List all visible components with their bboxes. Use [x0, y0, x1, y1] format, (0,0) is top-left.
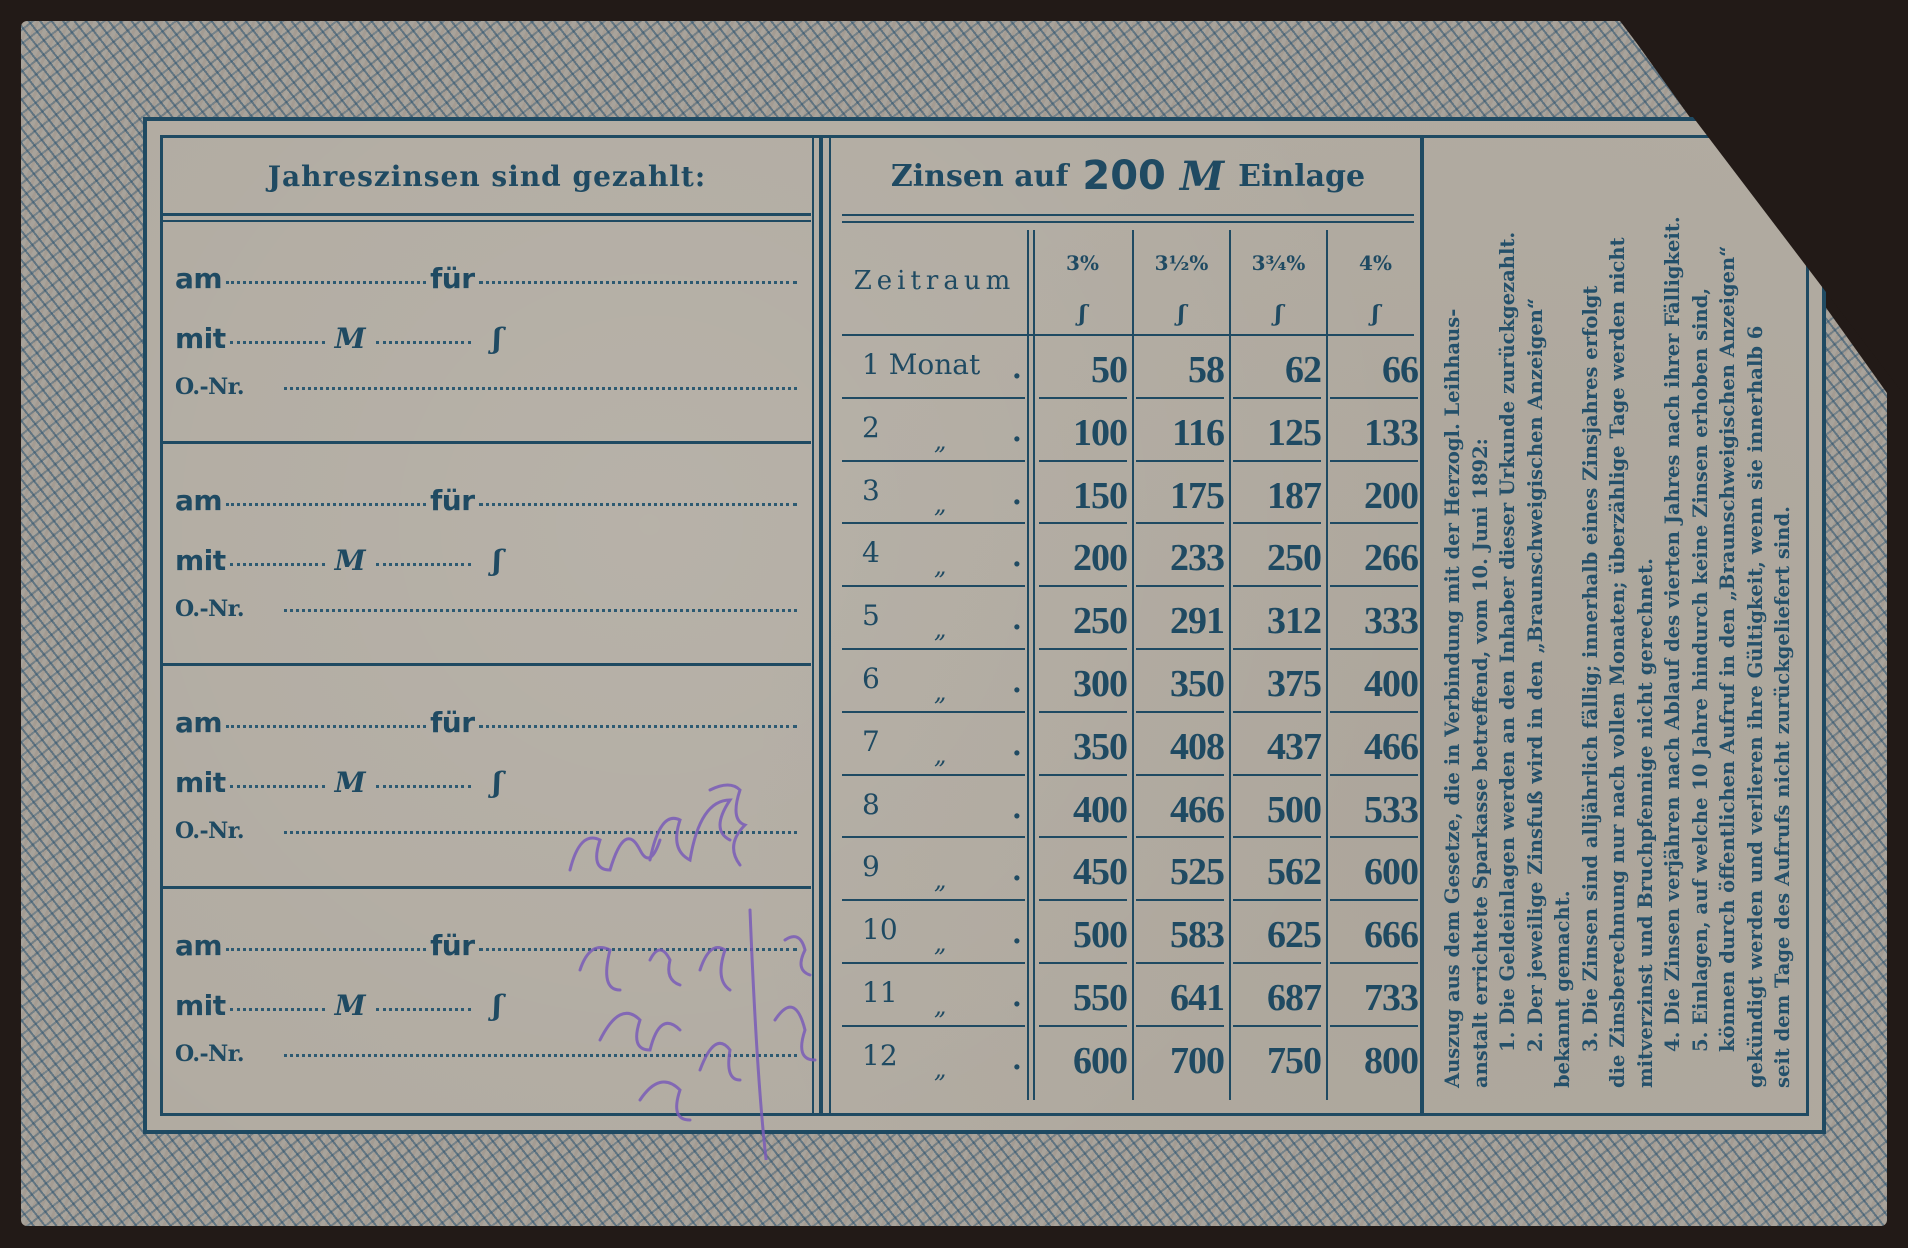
interest-value: 350: [1132, 662, 1224, 706]
period-label: 11: [862, 976, 898, 1009]
period-label: 8: [862, 788, 880, 821]
ditto-mark: „: [934, 615, 946, 643]
interest-value: 466: [1132, 788, 1224, 832]
period-label: 2: [862, 411, 880, 444]
period-field[interactable]: [479, 281, 797, 284]
interest-value: 50: [1035, 348, 1127, 392]
mit-label: mit: [175, 322, 226, 355]
fuer-label: für: [430, 929, 474, 962]
leader-dot: .: [1012, 980, 1022, 1013]
interest-value: 200: [1035, 536, 1127, 580]
table-row: 2„.100116125133: [842, 399, 1414, 461]
table-row: 6„.300350375400: [842, 650, 1414, 712]
payment-entry-4: am für mit M ʃ O.-Nr.: [163, 889, 811, 1111]
fuer-label: für: [430, 706, 474, 739]
table-row: 12„.600700750800: [842, 1027, 1414, 1089]
note-line: gekündigt werden und verlieren ihre Gült…: [1742, 158, 1770, 1088]
leader-dot: .: [1012, 729, 1022, 762]
table-row: 3„.150175187200: [842, 462, 1414, 524]
onr-label: O.-Nr.: [175, 818, 244, 844]
panel-separator: [819, 135, 823, 1116]
leader-dot: .: [1012, 792, 1022, 825]
mit-label: mit: [175, 766, 226, 799]
am-label: am: [175, 929, 222, 962]
note-line: mitverzinst und Bruchpfennige nicht gere…: [1632, 158, 1660, 1088]
table-row: 9„.450525562600: [842, 838, 1414, 900]
ditto-mark: „: [934, 1055, 946, 1083]
pfennig-symbol: ʃ: [493, 544, 502, 577]
interest-value: 300: [1035, 662, 1127, 706]
date-field[interactable]: [226, 725, 426, 728]
leader-dot: .: [1012, 603, 1022, 636]
table-row: 11„.550641687733: [842, 964, 1414, 1026]
period-label: 1 Monat: [862, 348, 980, 381]
onr-label: O.-Nr.: [175, 374, 244, 400]
pfennig-unit: ʃ: [1231, 301, 1326, 327]
am-label: am: [175, 262, 222, 295]
mark-amount-field[interactable]: [230, 563, 325, 566]
date-field[interactable]: [226, 503, 426, 506]
interest-value: 233: [1132, 536, 1224, 580]
interest-value: 641: [1132, 976, 1224, 1020]
ditto-mark: „: [934, 427, 946, 455]
interest-value: 550: [1035, 976, 1127, 1020]
interest-value: 800: [1326, 1039, 1418, 1083]
period-label: 10: [862, 913, 898, 946]
mark-amount-field[interactable]: [230, 1008, 325, 1011]
interest-value: 100: [1035, 411, 1127, 455]
interest-value: 400: [1035, 788, 1127, 832]
table-row: 8.400466500533: [842, 776, 1414, 838]
interest-value: 375: [1229, 662, 1321, 706]
period-field[interactable]: [479, 725, 797, 728]
date-field[interactable]: [226, 948, 426, 951]
pfennig-amount-field[interactable]: [376, 785, 471, 788]
period-label: 9: [862, 850, 880, 883]
title-prefix: Zinsen auf: [891, 159, 1069, 194]
pfennig-symbol: ʃ: [493, 766, 502, 799]
interest-value: 750: [1229, 1039, 1321, 1083]
rate-header-3-75: 3¾% ʃ: [1231, 229, 1326, 333]
interest-value: 250: [1229, 536, 1321, 580]
ditto-mark: „: [934, 552, 946, 580]
ditto-mark: „: [934, 678, 946, 706]
interest-value: 500: [1229, 788, 1321, 832]
mark-symbol: M: [335, 989, 366, 1022]
ditto-mark: „: [934, 929, 946, 957]
leader-dot: .: [1012, 1043, 1022, 1076]
interest-value: 466: [1326, 725, 1418, 769]
interest-value: 116: [1132, 411, 1224, 455]
interest-value: 562: [1229, 850, 1321, 894]
mit-label: mit: [175, 989, 226, 1022]
period-label: 7: [862, 725, 880, 758]
period-label: 3: [862, 474, 880, 507]
pfennig-unit: ʃ: [1134, 301, 1229, 327]
interest-value: 400: [1326, 662, 1418, 706]
pfennig-amount-field[interactable]: [376, 1008, 471, 1011]
onr-label: O.-Nr.: [175, 1041, 244, 1067]
interest-value: 700: [1132, 1039, 1224, 1083]
mark-symbol: M: [335, 766, 366, 799]
period-column-header: Zeitraum: [842, 229, 1027, 333]
interest-value: 150: [1035, 474, 1127, 518]
interest-value: 733: [1326, 976, 1418, 1020]
rate-header-4: 4% ʃ: [1328, 229, 1423, 333]
interest-value: 187: [1229, 474, 1321, 518]
interest-value: 66: [1326, 348, 1418, 392]
interest-value: 58: [1132, 348, 1224, 392]
payment-entry-2: am für mit M ʃ O.-Nr.: [163, 444, 811, 666]
interest-value: 175: [1132, 474, 1224, 518]
note-line: 4. Die Zinsen verjähren nach Ablauf des …: [1659, 158, 1687, 1088]
leader-dot: .: [1012, 352, 1022, 385]
interest-value: 533: [1326, 788, 1418, 832]
note-line: Auszug aus dem Gesetze, die in Verbindun…: [1439, 158, 1467, 1088]
am-label: am: [175, 706, 222, 739]
period-label: 5: [862, 599, 880, 632]
interest-value: 133: [1326, 411, 1418, 455]
rate-label: 4%: [1328, 251, 1423, 275]
rate-header-3: 3% ʃ: [1035, 229, 1130, 333]
payment-record-panel: Jahreszinsen sind gezahlt: am für mit M …: [163, 138, 811, 1113]
table-row: 10„.500583625666: [842, 901, 1414, 963]
interest-value: 200: [1326, 474, 1418, 518]
onr-field[interactable]: [284, 831, 797, 834]
fuer-label: für: [430, 484, 474, 517]
mark-symbol: M: [335, 322, 366, 355]
period-label: 12: [862, 1039, 898, 1072]
note-line: bekannt gemacht.: [1549, 158, 1577, 1088]
ditto-mark: „: [934, 992, 946, 1020]
rate-label: 3½%: [1134, 251, 1229, 275]
mark-amount-field[interactable]: [230, 341, 325, 344]
period-label: 6: [862, 662, 880, 695]
table-row: 4„.200233250266: [842, 524, 1414, 586]
am-label: am: [175, 484, 222, 517]
currency-mark-symbol: M: [1180, 153, 1224, 200]
interest-value: 125: [1229, 411, 1321, 455]
interest-value: 666: [1326, 913, 1418, 957]
rate-label: 3%: [1035, 251, 1130, 275]
mark-amount-field[interactable]: [230, 785, 325, 788]
divider: [842, 214, 1414, 216]
interest-value: 437: [1229, 725, 1321, 769]
ditto-mark: „: [934, 490, 946, 518]
note-line: 2. Der jeweilige Zinsfuß wird in den „Br…: [1522, 158, 1550, 1088]
table-row: 1 Monat.50586266: [842, 336, 1414, 398]
interest-value: 500: [1035, 913, 1127, 957]
note-line: 3. Die Zinsen sind alljährlich fällig; i…: [1577, 158, 1605, 1088]
payment-entry-3: am für mit M ʃ O.-Nr.: [163, 666, 811, 888]
onr-field[interactable]: [284, 609, 797, 612]
pfennig-amount-field[interactable]: [376, 563, 471, 566]
interest-value: 266: [1326, 536, 1418, 580]
period-field[interactable]: [479, 503, 797, 506]
notes-separator: [1420, 138, 1424, 1113]
rate-header-3-5: 3½% ʃ: [1134, 229, 1229, 333]
interest-value: 600: [1035, 1039, 1127, 1083]
interest-value: 625: [1229, 913, 1321, 957]
ditto-mark: „: [934, 866, 946, 894]
interest-table-title: Zinsen auf 200 M Einlage: [842, 138, 1414, 214]
interest-value: 600: [1326, 850, 1418, 894]
note-line: die Zinsberechnung nur nach vollen Monat…: [1604, 158, 1632, 1088]
divider: [163, 213, 811, 216]
pfennig-unit: ʃ: [1328, 301, 1423, 327]
payment-record-title: Jahreszinsen sind gezahlt:: [163, 138, 811, 215]
fuer-label: für: [430, 262, 474, 295]
interest-table: Zinsen auf 200 M Einlage Zeitraum 3% ʃ 3…: [842, 138, 1414, 1113]
mark-symbol: M: [335, 544, 366, 577]
date-field[interactable]: [226, 281, 426, 284]
leader-dot: .: [1012, 415, 1022, 448]
onr-field[interactable]: [284, 387, 797, 390]
period-label: 4: [862, 536, 880, 569]
leader-dot: .: [1012, 854, 1022, 887]
interest-value: 408: [1132, 725, 1224, 769]
note-line: 1. Die Geldeinlagen werden an den Inhabe…: [1494, 158, 1522, 1088]
interest-value: 333: [1326, 599, 1418, 643]
onr-field[interactable]: [284, 1054, 797, 1057]
interest-value: 583: [1132, 913, 1224, 957]
legal-notes-panel: Auszug aus dem Gesetze, die in Verbindun…: [1425, 140, 1805, 1110]
table-row: 5„.250291312333: [842, 587, 1414, 649]
interest-value: 62: [1229, 348, 1321, 392]
table-row: 7„.350408437466: [842, 713, 1414, 775]
interest-value: 350: [1035, 725, 1127, 769]
note-line: 5. Einlagen, auf welche 10 Jahre hindurc…: [1687, 158, 1715, 1088]
leader-dot: .: [1012, 478, 1022, 511]
pfennig-unit: ʃ: [1035, 301, 1130, 327]
interest-value: 250: [1035, 599, 1127, 643]
pfennig-symbol: ʃ: [493, 322, 502, 355]
deposit-amount: 200: [1082, 153, 1166, 199]
leader-dot: .: [1012, 540, 1022, 573]
pfennig-symbol: ʃ: [493, 989, 502, 1022]
interest-value: 312: [1229, 599, 1321, 643]
ditto-mark: „: [934, 741, 946, 769]
panel-separator: [829, 135, 831, 1116]
leader-dot: .: [1012, 917, 1022, 950]
mit-label: mit: [175, 544, 226, 577]
rate-label: 3¾%: [1231, 251, 1326, 275]
note-line: können durch öffentlichen Aufruf in den …: [1714, 158, 1742, 1088]
period-field[interactable]: [479, 948, 797, 951]
interest-value: 687: [1229, 976, 1321, 1020]
interest-value: 450: [1035, 850, 1127, 894]
note-line: seit dem Tage des Aufrufs nicht zurückge…: [1769, 158, 1797, 1088]
divider: [842, 221, 1414, 223]
panel-separator: [812, 135, 814, 1116]
interest-value: 291: [1132, 599, 1224, 643]
pfennig-amount-field[interactable]: [376, 341, 471, 344]
onr-label: O.-Nr.: [175, 596, 244, 622]
interest-value: 525: [1132, 850, 1224, 894]
leader-dot: .: [1012, 666, 1022, 699]
payment-entry-1: am für mit M ʃ O.-Nr.: [163, 222, 811, 444]
title-suffix: Einlage: [1238, 159, 1365, 194]
note-line: anstalt errichtete Sparkasse betreffend,…: [1467, 158, 1495, 1088]
